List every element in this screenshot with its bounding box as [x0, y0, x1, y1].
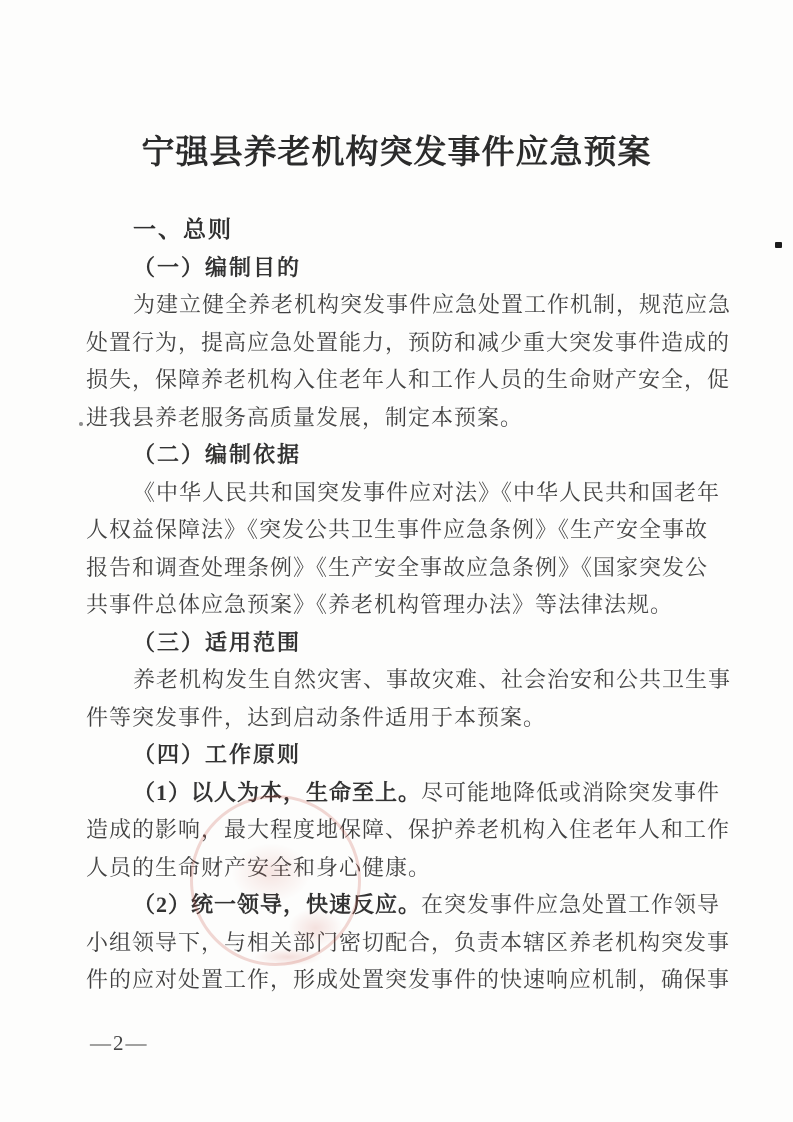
paragraph-line: 为建立健全养老机构突发事件应急处置工作机制，规范应急	[86, 286, 714, 324]
principle-1-text: 尽可能地降低或消除突发事件	[421, 780, 720, 805]
principle-1-bold-lead: （1）以人为本，生命至上。	[133, 780, 421, 805]
paragraph-line: 损失，保障养老机构入住老年人和工作人员的生命财产安全，促	[86, 361, 714, 399]
paragraph-line: 造成的影响，最大程度地保障、保护养老机构入住老年人和工作	[86, 811, 714, 849]
principle-2-text: 在突发事件应急处置工作领导	[421, 892, 720, 917]
paragraph-line: （1）以人为本，生命至上。尽可能地降低或消除突发事件	[86, 774, 714, 812]
paragraph-line: 件的应对处置工作，形成处置突发事件的快速响应机制，确保事	[86, 961, 714, 999]
principle-2-bold-lead: （2）统一领导，快速反应。	[133, 892, 421, 917]
paragraph-line: 处置行为，提高应急处置能力，预防和减少重大突发事件造成的	[86, 324, 714, 362]
scan-speck	[775, 242, 782, 248]
paragraph-line: 人员的生命财产安全和身心健康。	[86, 849, 714, 887]
paragraph-line: 进我县养老服务高质量发展，制定本预案。	[86, 399, 714, 437]
paragraph-line: 养老机构发生自然灾害、事故灾难、社会治安和公共卫生事	[86, 661, 714, 699]
paragraph-line: 报告和调查处理条例》《生产安全事故应急条例》《国家突发公	[86, 549, 714, 587]
section-heading-principles: （四）工作原则	[86, 736, 714, 774]
paragraph-line: （2）统一领导，快速反应。在突发事件应急处置工作领导	[86, 886, 714, 924]
scan-speck	[79, 422, 83, 426]
document-page: 宁强县养老机构突发事件应急预案 一、总则 （一）编制目的 为建立健全养老机构突发…	[0, 0, 793, 1122]
paragraph-line: 《中华人民共和国突发事件应对法》《中华人民共和国老年	[86, 474, 714, 512]
paragraph-line: 件等突发事件，达到启动条件适用于本预案。	[86, 699, 714, 737]
section-heading-general: 一、总则	[86, 211, 714, 249]
paragraph-line: 共事件总体应急预案》《养老机构管理办法》等法律法规。	[86, 586, 714, 624]
paragraph-line: 小组领导下，与相关部门密切配合，负责本辖区养老机构突发事	[86, 924, 714, 962]
page-number: —2—	[90, 1031, 149, 1056]
paragraph-line: 人权益保障法》《突发公共卫生事件应急条例》《生产安全事故	[86, 511, 714, 549]
section-heading-scope: （三）适用范围	[86, 624, 714, 662]
section-heading-basis: （二）编制依据	[86, 436, 714, 474]
document-body: 一、总则 （一）编制目的 为建立健全养老机构突发事件应急处置工作机制，规范应急 …	[86, 211, 714, 999]
section-heading-purpose: （一）编制目的	[86, 249, 714, 287]
doc-title: 宁强县养老机构突发事件应急预案	[0, 126, 793, 173]
